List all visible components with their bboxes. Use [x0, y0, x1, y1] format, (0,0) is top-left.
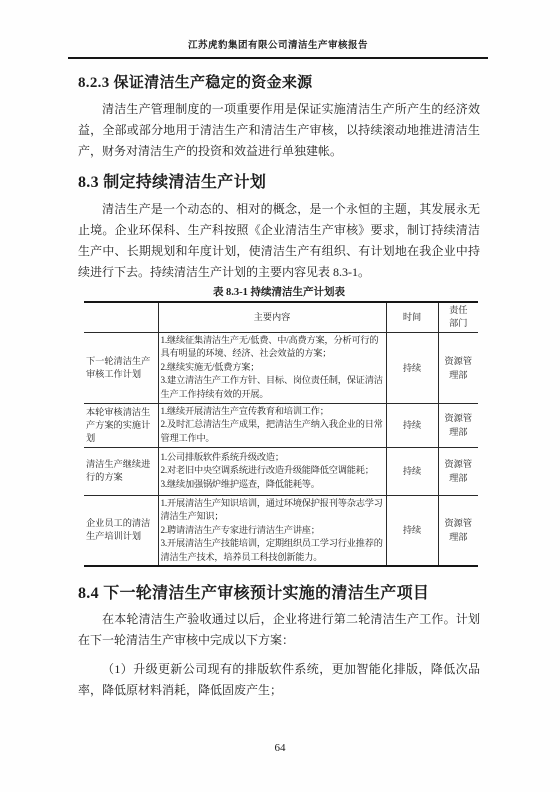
cell-category: 下一轮清洁生产审核工作计划 [84, 332, 158, 403]
report-header-title: 江苏虎豹集团有限公司清洁生产审核报告 [68, 40, 488, 59]
section-heading-8-2-3: 8.2.3 保证清洁生产稳定的资金来源 [78, 73, 480, 93]
header-cell-main-content: 主要内容 [158, 302, 386, 332]
cell-dept: 资源管理部 [438, 447, 478, 495]
header-cell-category [84, 302, 158, 332]
cell-content: 1.继续征集清洁生产无/低费、中/高费方案，分析可行的具有明显的环境、经济、社会… [158, 332, 386, 403]
header-cell-dept: 责任 部门 [438, 302, 478, 332]
page-number: 64 [0, 742, 560, 754]
cell-category: 企业员工的清洁生产培训计划 [84, 495, 158, 566]
cell-dept: 资源管理部 [438, 332, 478, 403]
cell-time: 持续 [386, 495, 438, 566]
table-header-row: 主要内容 时间 责任 部门 [84, 302, 478, 332]
document-page: 江苏虎豹集团有限公司清洁生产审核报告 8.2.3 保证清洁生产稳定的资金来源 清… [0, 0, 560, 792]
paragraph-next-round-item-1: （1）升级更新公司现有的排版软件系统，更加智能化排版，降低次品率，降低原材料消耗… [78, 659, 480, 701]
cell-time: 持续 [386, 447, 438, 495]
cell-category: 清洁生产继续进行的方案 [84, 447, 158, 495]
paragraph-funding-source: 清洁生产管理制度的一项重要作用是保证实施清洁生产所产生的经济效益，全部或部分地用… [78, 99, 480, 162]
paragraph-next-round-intro: 在本轮清洁生产验收通过以后，企业将进行第二轮清洁生产工作。计划在下一轮清洁生产审… [78, 609, 480, 651]
table-caption: 表 8.3-1 持续清洁生产计划表 [78, 286, 480, 299]
header-cell-time: 时间 [386, 302, 438, 332]
cell-content: 1.继续开展清洁生产宣传教育和培训工作； 2.及时汇总清洁生产成果，把清洁生产纳… [158, 403, 386, 447]
section-heading-8-3: 8.3 制定持续清洁生产计划 [78, 172, 480, 194]
table-row: 本轮审核清洁生产方案的实施计划 1.继续开展清洁生产宣传教育和培训工作； 2.及… [84, 403, 478, 447]
cell-time: 持续 [386, 332, 438, 403]
cell-content: 1.公司排版软件系统升级改造； 2.对老旧中央空调系统进行改造升级能降低空调能耗… [158, 447, 386, 495]
table-row: 企业员工的清洁生产培训计划 1.开展清洁生产知识培训，通过环境保护报刊等杂志学习… [84, 495, 478, 566]
table-row: 下一轮清洁生产审核工作计划 1.继续征集清洁生产无/低费、中/高费方案，分析可行… [84, 332, 478, 403]
cell-dept: 资源管理部 [438, 495, 478, 566]
section-heading-8-4: 8.4 下一轮清洁生产审核预计实施的清洁生产项目 [78, 583, 480, 605]
continuous-cleaner-production-plan-table: 主要内容 时间 责任 部门 下一轮清洁生产审核工作计划 1.继续征集清洁生产无/… [84, 301, 478, 567]
table-row: 清洁生产继续进行的方案 1.公司排版软件系统升级改造； 2.对老旧中央空调系统进… [84, 447, 478, 495]
cell-time: 持续 [386, 403, 438, 447]
cell-dept: 资源管理部 [438, 403, 478, 447]
cell-category: 本轮审核清洁生产方案的实施计划 [84, 403, 158, 447]
cell-content: 1.开展清洁生产知识培训，通过环境保护报刊等杂志学习清洁生产知识； 2.聘请清洁… [158, 495, 386, 566]
paragraph-continuous-plan: 清洁生产是一个动态的、相对的概念，是一个永恒的主题，其发展永无止境。企业环保科、… [78, 199, 480, 283]
